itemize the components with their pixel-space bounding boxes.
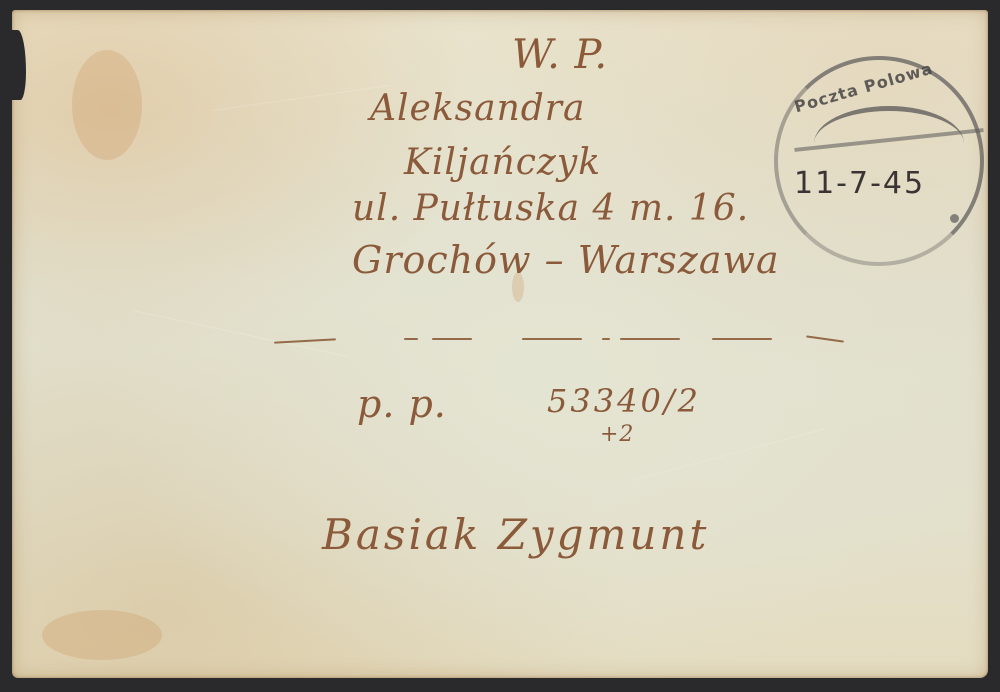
field-post-label: p. p. (357, 382, 447, 426)
recipient-city: Grochów – Warszawa (352, 238, 780, 282)
divider-dash (432, 338, 472, 340)
field-post-number: 53340/2 (547, 382, 701, 420)
divider-dash (522, 338, 582, 340)
divider-dash (274, 338, 336, 343)
envelope: Poczta Polowa 11-7-45 W. P. Aleksandra K… (12, 10, 988, 678)
age-stain (42, 610, 162, 660)
field-post-sub-number: +2 (600, 422, 634, 447)
recipient-first-name: Aleksandra (370, 88, 585, 129)
recipient-last-name: Kiljańczyk (404, 142, 601, 183)
divider-dash (404, 338, 418, 340)
divider-dash (806, 335, 844, 342)
recipient-honorific: W. P. (512, 32, 608, 78)
paper-crease (132, 310, 347, 357)
divider-dash (712, 338, 772, 340)
torn-corner (12, 30, 26, 100)
paper-crease (632, 428, 825, 481)
postmark: Poczta Polowa 11-7-45 (774, 56, 984, 266)
postmark-date: 11-7-45 (794, 166, 925, 201)
postmark-dot (950, 214, 959, 223)
paper-crease (212, 85, 390, 111)
divider-dash (602, 338, 610, 340)
age-stain (72, 50, 142, 160)
sender-name: Basiak Zygmunt (322, 510, 709, 559)
divider-dash (620, 338, 680, 340)
recipient-street: ul. Pułtuska 4 m. 16. (352, 188, 749, 229)
scene: Poczta Polowa 11-7-45 W. P. Aleksandra K… (0, 0, 1000, 692)
